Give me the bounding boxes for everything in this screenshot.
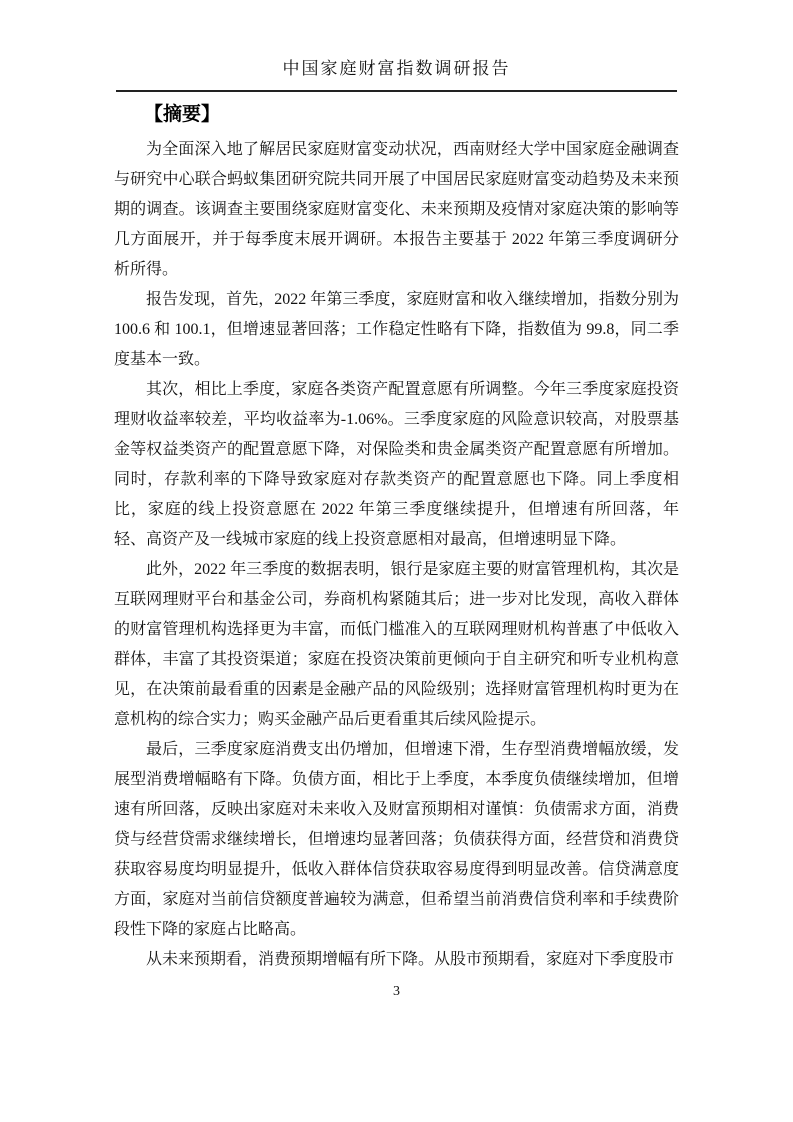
abstract-heading: 【摘要】 [114, 100, 679, 130]
abstract-paragraph: 报告发现，首先，2022 年第三季度，家庭财富和收入继续增加，指数分别为 100… [114, 285, 679, 375]
page-footer: 3 [0, 981, 793, 1003]
report-title: 中国家庭财富指数调研报告 [283, 59, 511, 78]
abstract-body: 为全面深入地了解居民家庭财富变动状况，西南财经大学中国家庭金融调查与研究中心联合… [114, 135, 679, 975]
abstract-paragraph: 最后，三季度家庭消费支出仍增加，但增速下滑，生存型消费增幅放缓，发展型消费增幅略… [114, 735, 679, 945]
abstract-paragraph: 此外，2022 年三季度的数据表明，银行是家庭主要的财富管理机构，其次是互联网理… [114, 555, 679, 735]
abstract-paragraph: 为全面深入地了解居民家庭财富变动状况，西南财经大学中国家庭金融调查与研究中心联合… [114, 135, 679, 285]
abstract-heading-text: 【摘要】 [144, 104, 220, 125]
header-rule [116, 90, 677, 92]
page-number: 3 [393, 984, 400, 999]
abstract-paragraph: 其次，相比上季度，家庭各类资产配置意愿有所调整。今年三季度家庭投资理财收益率较差… [114, 375, 679, 555]
abstract-paragraph: 从未来预期看，消费预期增幅有所下降。从股市预期看，家庭对下季度股市 [114, 945, 679, 975]
document-page: 中国家庭财富指数调研报告 【摘要】 为全面深入地了解居民家庭财富变动状况，西南财… [0, 0, 793, 1122]
page-header: 中国家庭财富指数调研报告 [114, 54, 679, 85]
